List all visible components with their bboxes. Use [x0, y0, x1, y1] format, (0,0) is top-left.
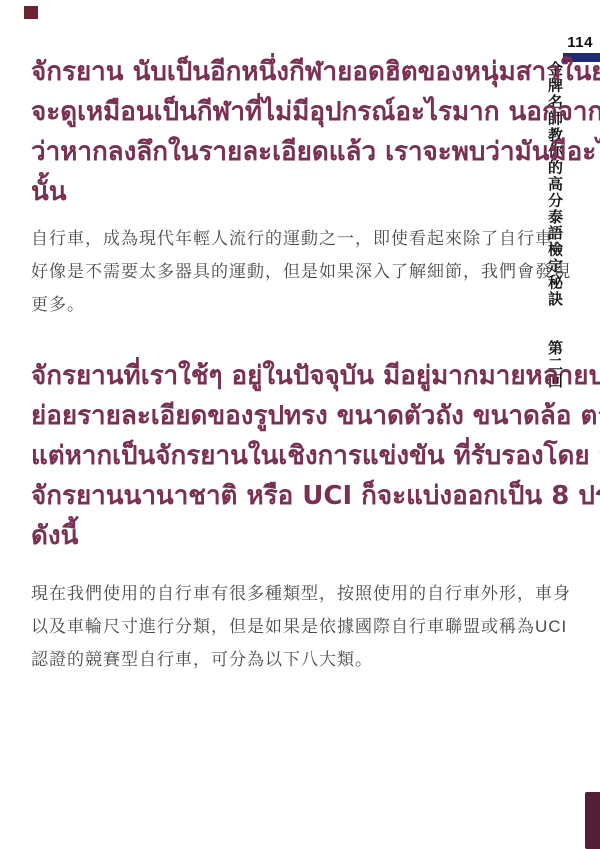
- corner-marker: [24, 6, 38, 19]
- text-line: 更多。: [31, 288, 543, 321]
- text-line: 自行車，成為現代年輕人流行的運動之一，即使看起來除了自行車，: [31, 222, 543, 255]
- text-line: จักรยานนานาชาติ หรือ UCI ก็จะแบ่งออกเป็น…: [31, 476, 543, 516]
- page-number: 114: [567, 35, 593, 50]
- thai-paragraph-1: จักรยาน นับเป็นอีกหนึ่งกีฬายอดฮิตของหนุ่…: [31, 52, 543, 212]
- text-line: ดังนี้: [31, 516, 543, 556]
- thai-paragraph-2: จักรยานที่เราใช้ๆ อยู่ในปัจจุบัน มีอยู่ม…: [31, 356, 543, 556]
- text-line: 認證的競賽型自行車，可分為以下八大類。: [31, 643, 543, 676]
- text-line: จักรยานที่เราใช้ๆ อยู่ในปัจจุบัน มีอยู่ม…: [31, 356, 543, 396]
- text-line: แต่หากเป็นจักรยานในเชิงการแข่งขัน ที่รับ…: [31, 436, 543, 476]
- chinese-paragraph-2: 現在我們使用的自行車有很多種類型，按照使用的自行車外形，車身 以及車輪尺寸進行分…: [31, 577, 543, 676]
- text-line: จักรยาน นับเป็นอีกหนึ่งกีฬายอดฮิตของหนุ่…: [31, 52, 543, 92]
- text-line: 好像是不需要太多器具的運動，但是如果深入了解細節，我們會發現: [31, 255, 543, 288]
- chinese-paragraph-1: 自行車，成為現代年輕人流行的運動之一，即使看起來除了自行車， 好像是不需要太多器…: [31, 222, 543, 321]
- text-line: จะดูเหมือนเป็นกีฬาที่ไม่มีอุปกรณ์อะไรมาก…: [31, 92, 543, 132]
- text-line: ว่าหากลงลึกในรายละเอียดแล้ว เราจะพบว่ามั…: [31, 132, 543, 172]
- text-line: ย่อยรายละเอียดของรูปทรง ขนาดตัวถัง ขนาดล…: [31, 396, 543, 436]
- book-page: 114 金牌名師教你的高分泰語檢定秘訣 第二回 จักรยาน นับเป็นอ…: [0, 0, 600, 849]
- text-line: 現在我們使用的自行車有很多種類型，按照使用的自行車外形，車身: [31, 577, 543, 610]
- text-line: นั้น: [31, 172, 543, 212]
- text-line: 以及車輪尺寸進行分類，但是如果是依據國際自行車聯盟或稱為UCI: [31, 610, 543, 643]
- page-edge-tab: [585, 792, 600, 849]
